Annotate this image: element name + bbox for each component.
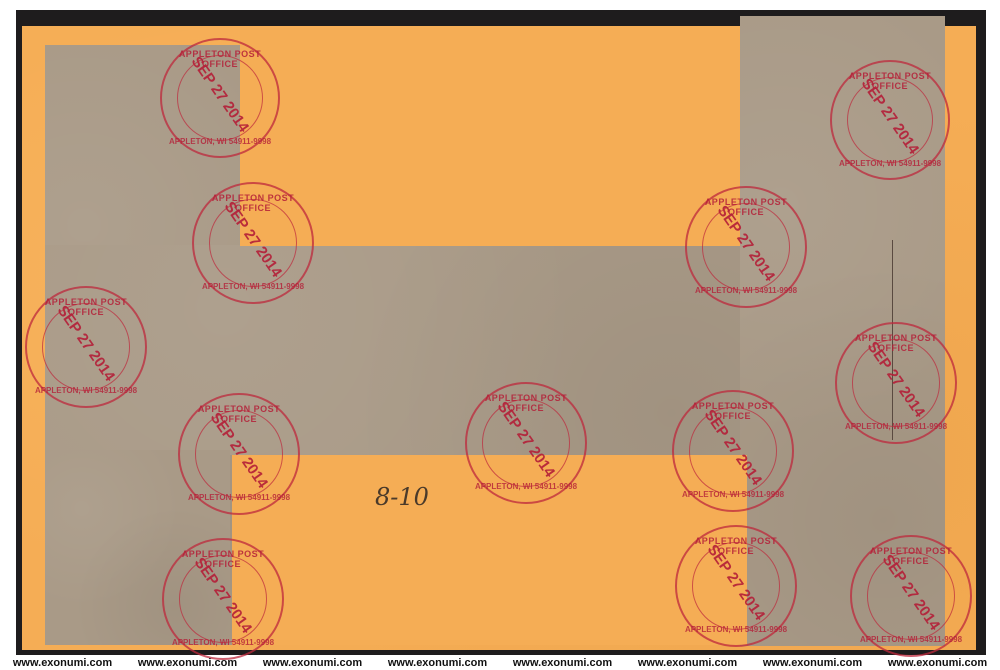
postmark: APPLETON POST OFFICESEP 27 2014APPLETON,…: [672, 390, 794, 512]
watermark-text: www.exonumi.com: [763, 657, 862, 670]
watermark-text: www.exonumi.com: [388, 657, 487, 670]
postmark: APPLETON POST OFFICESEP 27 2014APPLETON,…: [178, 393, 300, 515]
postmark: APPLETON POST OFFICESEP 27 2014APPLETON,…: [465, 382, 587, 504]
postmark: APPLETON POST OFFICESEP 27 2014APPLETON,…: [162, 538, 284, 660]
watermark-text: www.exonumi.com: [638, 657, 737, 670]
watermark-text: www.exonumi.com: [138, 657, 237, 670]
postmark: APPLETON POST OFFICESEP 27 2014APPLETON,…: [160, 38, 280, 158]
watermark-text: www.exonumi.com: [263, 657, 362, 670]
envelope-exposed-top: [240, 28, 740, 246]
watermark-text: www.exonumi.com: [888, 657, 987, 670]
watermark-text: www.exonumi.com: [513, 657, 612, 670]
postmark: APPLETON POST OFFICESEP 27 2014APPLETON,…: [675, 525, 797, 647]
postmark: APPLETON POST OFFICESEP 27 2014APPLETON,…: [685, 186, 807, 308]
watermark-text: www.exonumi.com: [13, 657, 112, 670]
postmark: APPLETON POST OFFICESEP 27 2014APPLETON,…: [830, 60, 950, 180]
postmark: APPLETON POST OFFICESEP 27 2014APPLETON,…: [25, 286, 147, 408]
watermark-footer: www.exonumi.com www.exonumi.com www.exon…: [0, 657, 1000, 670]
handwritten-note: 8-10: [375, 483, 429, 511]
postmark: APPLETON POST OFFICESEP 27 2014APPLETON,…: [835, 322, 957, 444]
postmark: APPLETON POST OFFICESEP 27 2014APPLETON,…: [192, 182, 314, 304]
postmark: APPLETON POST OFFICESEP 27 2014APPLETON,…: [850, 535, 972, 657]
